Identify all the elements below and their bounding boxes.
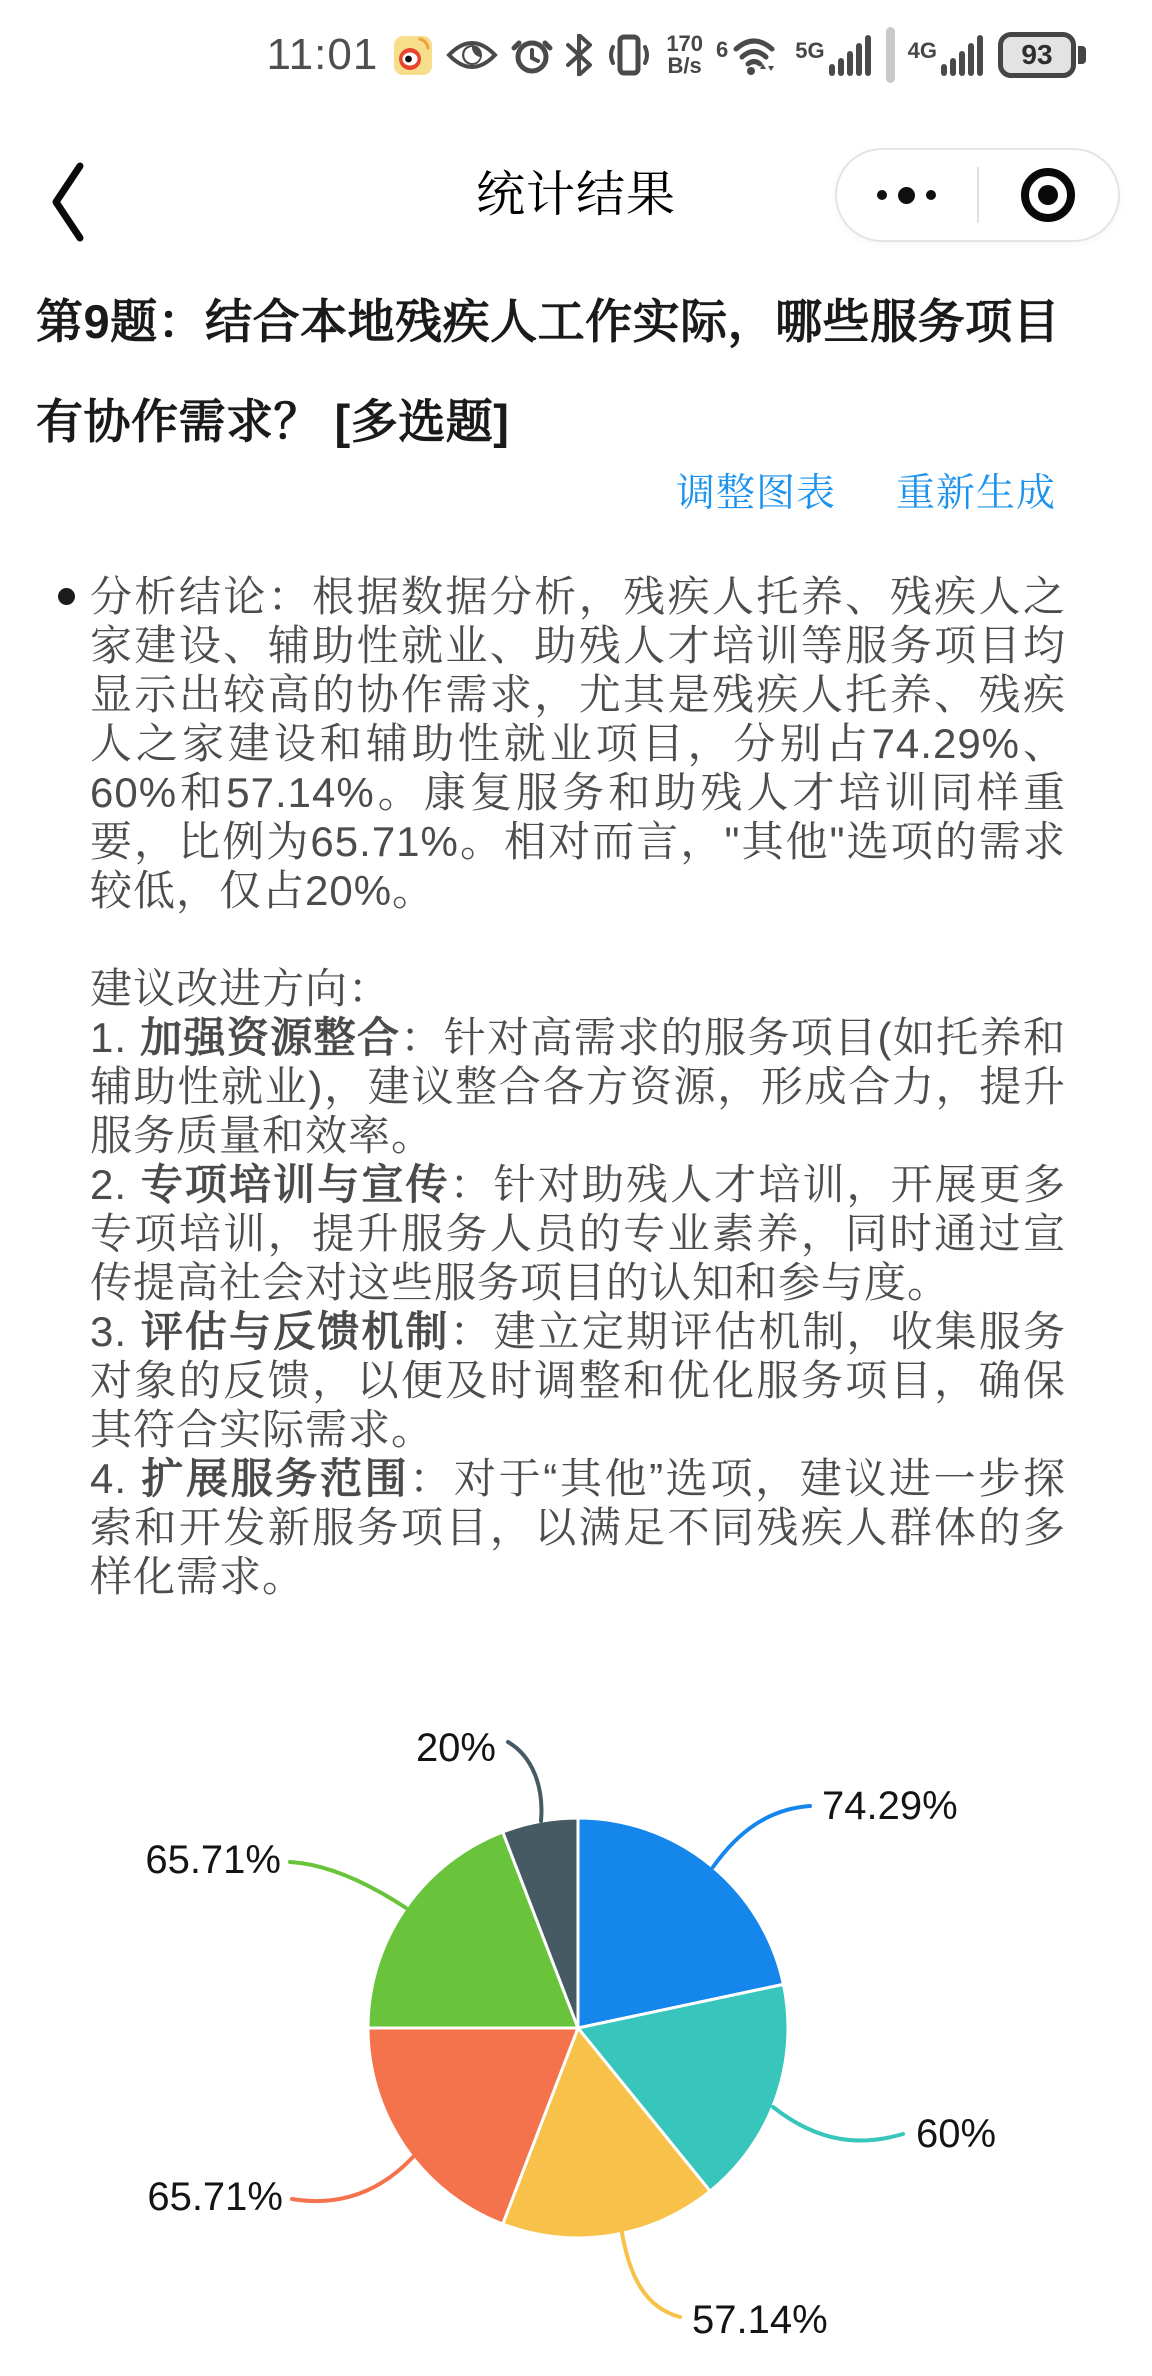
network-speed: 170 B/s bbox=[666, 33, 703, 77]
pie-label-20%: 20% bbox=[416, 1726, 496, 1770]
network-speed-unit: B/s bbox=[668, 55, 702, 77]
leader-line-60% bbox=[773, 2107, 903, 2141]
alarm-clock-icon bbox=[511, 35, 553, 75]
analysis-section: 分析结论：根据数据分析，残疾人托养、残疾人之家建设、辅助性就业、助残人才培训等服… bbox=[0, 572, 1152, 1601]
suggestion-item: 4. 扩展服务范围：对于“其他”选项，建议进一步探索和开发新服务项目，以满足不同… bbox=[90, 1454, 1066, 1601]
eye-protection-icon bbox=[446, 37, 498, 73]
mini-program-screen: 11:01 bbox=[0, 0, 1152, 2376]
more-dots-icon bbox=[877, 187, 936, 204]
bullet-dot bbox=[58, 588, 75, 605]
pie-label-65.71%: 65.71% bbox=[145, 1838, 281, 1882]
suggestion-item: 1. 加强资源整合：针对高需求的服务项目(如托养和辅助性就业)，建议整合各方资源… bbox=[90, 1013, 1066, 1160]
vibrate-mode-icon bbox=[605, 34, 653, 76]
pie-label-60%: 60% bbox=[916, 2112, 996, 2156]
leader-line-65.71% bbox=[292, 2157, 413, 2201]
sim2-label: 4G bbox=[908, 38, 937, 64]
pie-chart: 74.29%60%57.14%65.71%65.71%20% bbox=[0, 1676, 1152, 2376]
exit-mini-program-button[interactable] bbox=[979, 150, 1119, 240]
regenerate-link[interactable]: 重新生成 bbox=[896, 462, 1056, 518]
question-title-line1: 第9题：结合本地残疾人工作实际，哪些服务项目 bbox=[36, 272, 1116, 372]
nav-bar: 统计结果 bbox=[0, 110, 1152, 280]
sim2-signal: 4G bbox=[908, 32, 985, 78]
leader-line-57.14% bbox=[622, 2233, 680, 2317]
battery-nub bbox=[1078, 46, 1086, 64]
wifi6-badge: 6 bbox=[716, 37, 728, 63]
adjust-chart-link[interactable]: 调整图表 bbox=[676, 462, 836, 518]
leader-line-74.29% bbox=[713, 1806, 810, 1867]
battery-indicator: 93 bbox=[998, 32, 1086, 78]
suggestion-item: 2. 专项培训与宣传：针对助残人才培训，开展更多专项培训，提升服务人员的专业素养… bbox=[90, 1160, 1066, 1307]
network-speed-value: 170 bbox=[666, 33, 703, 55]
sim1-signal: 5G bbox=[795, 32, 872, 78]
analysis-conclusion: 分析结论：根据数据分析，残疾人托养、残疾人之家建设、辅助性就业、助残人才培训等服… bbox=[90, 572, 1066, 915]
pie-label-65.71%: 65.71% bbox=[147, 2175, 283, 2219]
pie-label-74.29%: 74.29% bbox=[822, 1784, 958, 1828]
status-bar: 11:01 bbox=[0, 0, 1152, 110]
signal-bars-icon bbox=[827, 32, 873, 78]
question-title: 第9题：结合本地残疾人工作实际，哪些服务项目 有协作需求？ [多选题] bbox=[36, 272, 1116, 472]
chart-actions: 调整图表 重新生成 bbox=[676, 462, 1056, 518]
suggestion-intro: 建议改进方向： bbox=[90, 964, 1066, 1013]
pie-chart-svg: 74.29%60%57.14%65.71%65.71%20% bbox=[0, 1676, 1152, 2376]
suggestion-item: 3. 评估与反馈机制：建立定期评估机制，收集服务对象的反馈，以便及时调整和优化服… bbox=[90, 1307, 1066, 1454]
bluetooth-icon bbox=[566, 34, 592, 76]
sim1-label: 5G bbox=[795, 38, 824, 64]
pie-label-57.14%: 57.14% bbox=[692, 2298, 828, 2342]
wifi-indicator: 6 bbox=[716, 33, 782, 77]
signal-bars-icon bbox=[939, 32, 985, 78]
leader-line-65.71% bbox=[290, 1862, 406, 1908]
status-divider-bar bbox=[886, 27, 895, 83]
battery-percent: 93 bbox=[1021, 39, 1052, 71]
target-circle-icon bbox=[1019, 166, 1077, 224]
analysis-text: 分析结论：根据数据分析，残疾人托养、残疾人之家建设、辅助性就业、助残人才培训等服… bbox=[90, 572, 1066, 1601]
status-time: 11:01 bbox=[266, 30, 378, 80]
wifi-icon bbox=[730, 33, 782, 77]
question-title-line2: 有协作需求？ [多选题] bbox=[36, 372, 1116, 472]
weibo-app-icon bbox=[393, 33, 433, 77]
more-options-button[interactable] bbox=[837, 150, 977, 240]
leader-line-20% bbox=[508, 1742, 541, 1821]
mini-program-capsule bbox=[835, 148, 1120, 242]
